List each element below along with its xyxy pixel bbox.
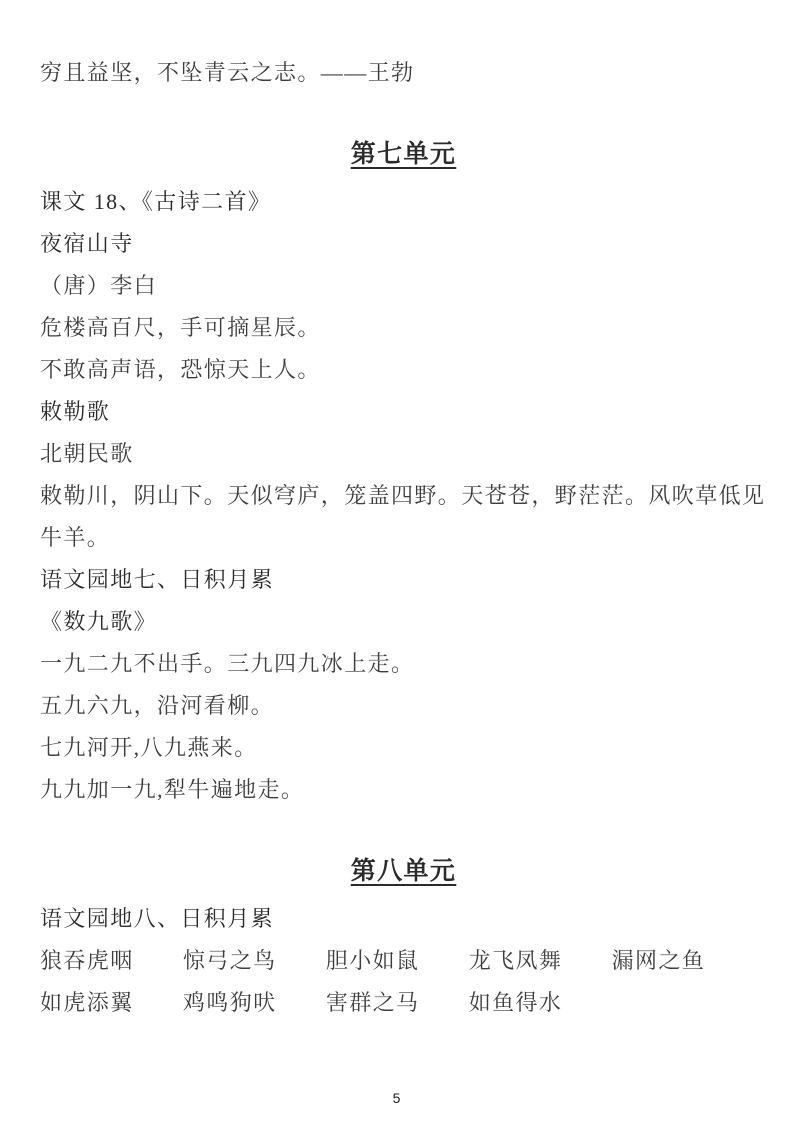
- unit7-heading: 第七单元: [40, 134, 767, 176]
- poem2-author: 北朝民歌: [40, 433, 767, 475]
- idiom: 漏网之鱼: [612, 940, 706, 982]
- idiom: 如鱼得水: [469, 982, 563, 1024]
- idiom: 胆小如鼠: [326, 940, 462, 982]
- lesson-heading: 课文 18、《古诗二首》: [40, 181, 767, 223]
- song-title: 《数九歌》: [40, 601, 767, 643]
- page-number: 5: [0, 1090, 793, 1106]
- quote-line: 穷且益坚，不坠青云之志。——王勃: [40, 52, 767, 94]
- song-line: 七九河开,八九燕来。: [40, 727, 767, 769]
- unit8-heading-text: 第八单元: [351, 858, 457, 885]
- idiom: 狼吞虎咽: [40, 940, 176, 982]
- idiom: 惊弓之鸟: [183, 940, 319, 982]
- idiom-row: 狼吞虎咽 惊弓之鸟 胆小如鼠 龙飞凤舞 漏网之鱼: [40, 940, 767, 982]
- garden7-heading: 语文园地七、日积月累: [40, 559, 767, 601]
- document-page: 穷且益坚，不坠青云之志。——王勃 第七单元 课文 18、《古诗二首》 夜宿山寺 …: [0, 0, 793, 1122]
- poem1-line: 不敢高声语，恐惊天上人。: [40, 349, 767, 391]
- poem2-text: 敕勒川，阴山下。天似穹庐，笼盖四野。天苍苍，野茫茫。风吹草低见牛羊。: [40, 475, 767, 559]
- song-line: 九九加一九,犁牛遍地走。: [40, 769, 767, 811]
- idiom-row: 如虎添翼 鸡鸣狗吠 害群之马 如鱼得水: [40, 982, 767, 1024]
- poem1-author: （唐）李白: [40, 265, 767, 307]
- poem2-title: 敕勒歌: [40, 391, 767, 433]
- poem1-title: 夜宿山寺: [40, 223, 767, 265]
- song-line: 五九六九，沿河看柳。: [40, 685, 767, 727]
- idiom: 害群之马: [326, 982, 462, 1024]
- song-line: 一九二九不出手。三九四九冰上走。: [40, 643, 767, 685]
- poem1-line: 危楼高百尺，手可摘星辰。: [40, 307, 767, 349]
- unit7-heading-text: 第七单元: [351, 141, 457, 168]
- garden8-heading: 语文园地八、日积月累: [40, 898, 767, 940]
- idiom: 鸡鸣狗吠: [183, 982, 319, 1024]
- unit8-heading: 第八单元: [40, 851, 767, 893]
- idiom: 如虎添翼: [40, 982, 176, 1024]
- idiom: 龙飞凤舞: [469, 940, 605, 982]
